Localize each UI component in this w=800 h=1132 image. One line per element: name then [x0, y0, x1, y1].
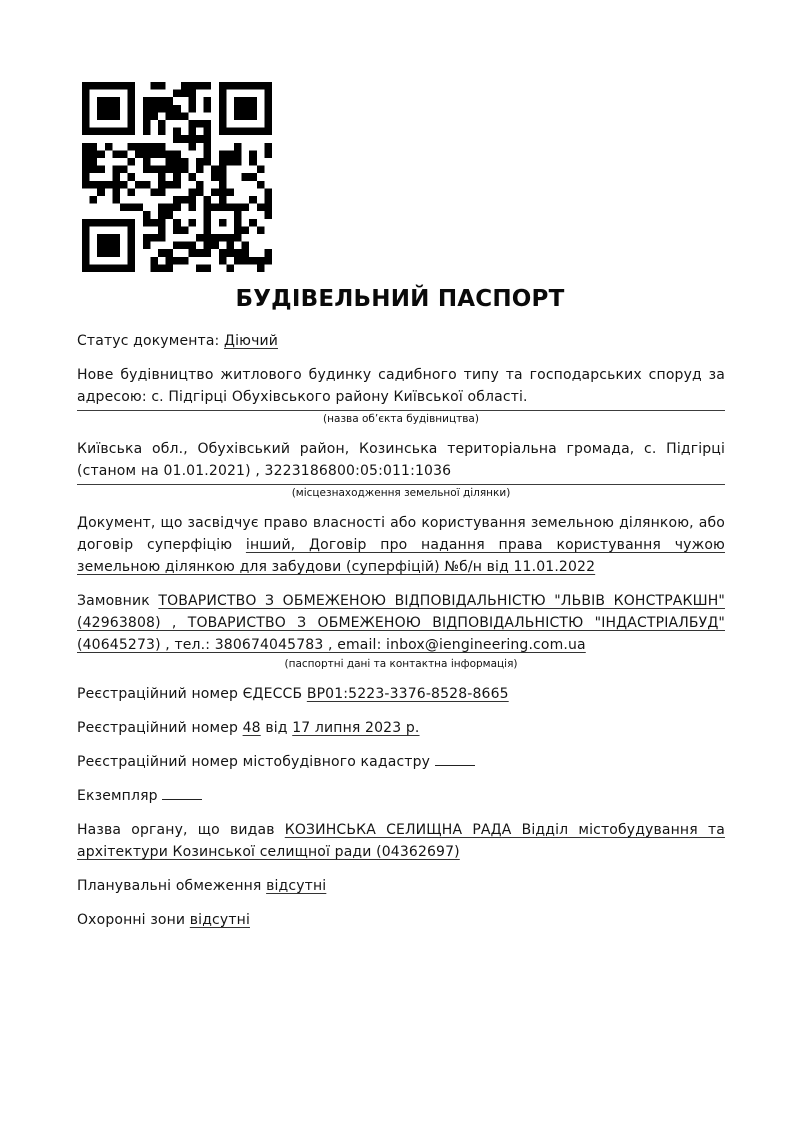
- cadastre-blank-field: [435, 752, 475, 766]
- document-title: БУДІВЕЛЬНИЙ ПАСПОРТ: [0, 286, 800, 312]
- planning-restrictions-line: Планувальні обмеження відсутні: [77, 875, 725, 897]
- edessb-label: Реєстраційний номер ЄДЕССБ: [77, 686, 307, 702]
- object-field: Нове будівництво житлового будинку садиб…: [77, 364, 725, 426]
- land-document-line: Документ, що засвідчує право власності а…: [77, 512, 725, 578]
- planning-label: Планувальні обмеження: [77, 878, 266, 894]
- status-line: Статус документа: Діючий: [77, 330, 725, 352]
- location-field: Київська обл., Обухівський район, Козинс…: [77, 438, 725, 500]
- protection-label: Охоронні зони: [77, 912, 190, 928]
- registration-label: Реєстраційний номер: [77, 720, 243, 736]
- registration-middle: від: [261, 720, 292, 736]
- protection-zones-line: Охоронні зони відсутні: [77, 909, 725, 931]
- document-body: Статус документа: Діючий Нове будівництв…: [77, 330, 725, 931]
- customer-caption: (паспортні дані та контактна інформація): [77, 658, 725, 671]
- protection-value: відсутні: [190, 912, 250, 928]
- status-label: Статус документа:: [77, 333, 224, 349]
- building-passport-document: БУДІВЕЛЬНИЙ ПАСПОРТ Статус документа: Ді…: [0, 0, 800, 1132]
- object-caption: (назва об’єкта будівництва): [77, 413, 725, 426]
- copy-blank-field: [162, 786, 202, 800]
- location-text: Київська обл., Обухівський район, Козинс…: [77, 438, 725, 485]
- cadastre-label: Реєстраційний номер містобудівного кадас…: [77, 754, 435, 770]
- object-text: Нове будівництво житлового будинку садиб…: [77, 364, 725, 411]
- customer-line: Замовник ТОВАРИСТВО З ОБМЕЖЕНОЮ ВІДПОВІД…: [77, 590, 725, 656]
- edessb-line: Реєстраційний номер ЄДЕССБ ВР01:5223-337…: [77, 683, 725, 705]
- registration-line: Реєстраційний номер 48 від 17 липня 2023…: [77, 717, 725, 739]
- customer-value: ТОВАРИСТВО З ОБМЕЖЕНОЮ ВІДПОВІДАЛЬНІСТЮ …: [77, 593, 725, 653]
- location-caption: (місцезнаходження земельної ділянки): [77, 487, 725, 500]
- cadastre-line: Реєстраційний номер містобудівного кадас…: [77, 751, 725, 773]
- customer-label: Замовник: [77, 593, 158, 609]
- planning-value: відсутні: [266, 878, 326, 894]
- qr-code-icon: [82, 82, 272, 272]
- customer-field: Замовник ТОВАРИСТВО З ОБМЕЖЕНОЮ ВІДПОВІД…: [77, 590, 725, 671]
- status-value: Діючий: [224, 333, 278, 349]
- authority-label: Назва органу, що видав: [77, 822, 285, 838]
- copy-label: Екземпляр: [77, 788, 162, 804]
- authority-line: Назва органу, що видав КОЗИНСЬКА СЕЛИЩНА…: [77, 819, 725, 863]
- registration-date: 17 липня 2023 р.: [292, 720, 419, 736]
- copy-line: Екземпляр: [77, 785, 725, 807]
- registration-number: 48: [243, 720, 261, 736]
- edessb-value: ВР01:5223-3376-8528-8665: [307, 686, 509, 702]
